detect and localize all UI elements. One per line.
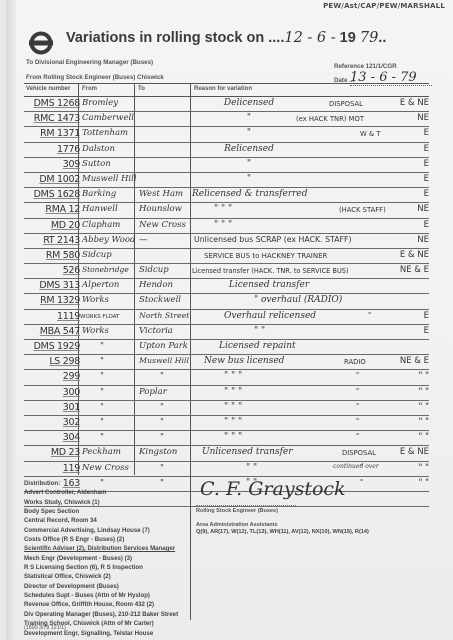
header-to: To [138, 86, 145, 92]
area-admin-label: Area Administration Assistants [196, 522, 278, 528]
signature-title: Rolling Stock Engineer (Buses) [196, 508, 278, 514]
distribution-item: Central Record, Room 34 [24, 516, 178, 525]
header-reason: Reason for variation [194, 86, 252, 92]
header-from: From [82, 86, 97, 92]
distribution-item: Schedules Supt - Buses (Attn of Mr Hyslo… [24, 591, 178, 600]
distribution-item: Director of Development (Buses) [24, 582, 178, 591]
table-row: 302""" " """ " [24, 416, 429, 431]
to-line: To Divisional Engineering Manager (Buses… [26, 59, 153, 66]
area-admin-list: Q(9), AR(17), W(12), TL(13), WH(11), AV(… [196, 529, 369, 535]
table-header: Vehicle number From To Reason for variat… [24, 83, 429, 97]
distribution-item: Div Operating Manager (Buses), 210-212 B… [24, 610, 178, 619]
signature-line [196, 505, 296, 506]
distribution-item: Works Study, Chiswick (1) [24, 498, 178, 507]
table-row: DMS 1268BromleyDelicensedDISPOSALE & NE [24, 97, 429, 112]
table-row: LS 298"Muswell HillNew bus licensedRADIO… [24, 355, 429, 370]
distribution-heading: Distribution: [24, 479, 178, 488]
table-row: 301""" " """ " [24, 401, 429, 416]
table-row: DMS 313AlpertonHendonLicensed transfer [24, 279, 429, 294]
document-title: Variations in rolling stock on ....12 - … [66, 30, 386, 46]
table-row: DM 1002Muswell Hill"E [24, 173, 429, 188]
distribution-item: R S Licensing Section (6), R S Inspectio… [24, 563, 178, 572]
continued-over-note: continued over [333, 463, 379, 470]
table-row: MD 20ClaphamNew Cross" " "E [24, 219, 429, 234]
title-date: 12 - 6 - [284, 30, 335, 46]
table-row: DMS 1628BarkingWest HamRelicensed & tran… [24, 188, 429, 203]
table-row: 1776DalstonRelicensedE [24, 143, 429, 158]
distribution-item: Costs Office (R S Engr - Buses) (2) [24, 535, 178, 544]
table-row: 1119WORKS FLOATNorth StreetOverhaul reli… [24, 310, 429, 325]
table-row: 526StonebridgeSidcupLicensed transfer (H… [24, 264, 429, 279]
table-row: RM 1329WorksStockwell" overhaul (RADIO) [24, 294, 429, 309]
scan-shadow [6, 0, 16, 640]
table-row: RMA 12HanwellHounslow" " "(HACK STAFF)NE [24, 203, 429, 218]
table-row: 304""" " """ " [24, 431, 429, 446]
distribution-item: Commercial Advertising, Lindsay House (7… [24, 526, 178, 535]
distribution-item: Body Spec Section [24, 507, 178, 516]
table-row: 309Sutton"E [24, 158, 429, 173]
table-row: MBA 547WorksVictoria" "E [24, 325, 429, 340]
table-row: MD 23PeckhamKingstonUnlicensed transferD… [24, 446, 429, 461]
distribution-item: Mech Engr (Development - Buses) (3) [24, 554, 178, 563]
title-year: 79 [360, 30, 378, 46]
distribution-list: Distribution: Advert Controller, Aldenha… [24, 479, 178, 638]
distribution-item: Statistical Office, Chiswick (2) [24, 572, 178, 581]
distribution-item: Advert Controller, Aldenham [24, 488, 178, 497]
reference: Reference 121/1/CGR [334, 63, 397, 70]
form-code: (1500 3/79 121/1) [24, 625, 66, 631]
variations-table: Vehicle number From To Reason for variat… [24, 83, 429, 507]
handwritten-routing-note: PEW/Ast/CAP/PEW/MARSHALL [323, 2, 445, 10]
table-row: 300"Poplar" " """ " [24, 386, 429, 401]
distribution-item: Revenue Office, Griffith House, Room 432… [24, 600, 178, 609]
signature: C. F. Graystock [200, 478, 346, 500]
table-row: RT 2143Abbey Wood—Unlicensed bus SCRAP (… [24, 234, 429, 249]
table-row: RMC 1473Camberwell"(ex HACK TNR) MOTNE [24, 112, 429, 127]
distribution-item: Scientific Adviser (2), Distribution Ser… [24, 544, 178, 553]
footer-divider [190, 475, 191, 620]
london-transport-roundel-icon [29, 31, 53, 55]
table-row: DMS 1929"Upton ParkLicensed repaint [24, 340, 429, 355]
table-row: RM 580SidcupSERVICE BUS to HACKNEY TRAIN… [24, 249, 429, 264]
from-line: From Rolling Stock Engineer (Buses) Chis… [26, 74, 164, 81]
table-row: 299""" " """ " [24, 370, 429, 385]
table-row: RM 1371Tottenham"W & TE [24, 127, 429, 142]
header-vehicle-number: Vehicle number [26, 86, 70, 92]
